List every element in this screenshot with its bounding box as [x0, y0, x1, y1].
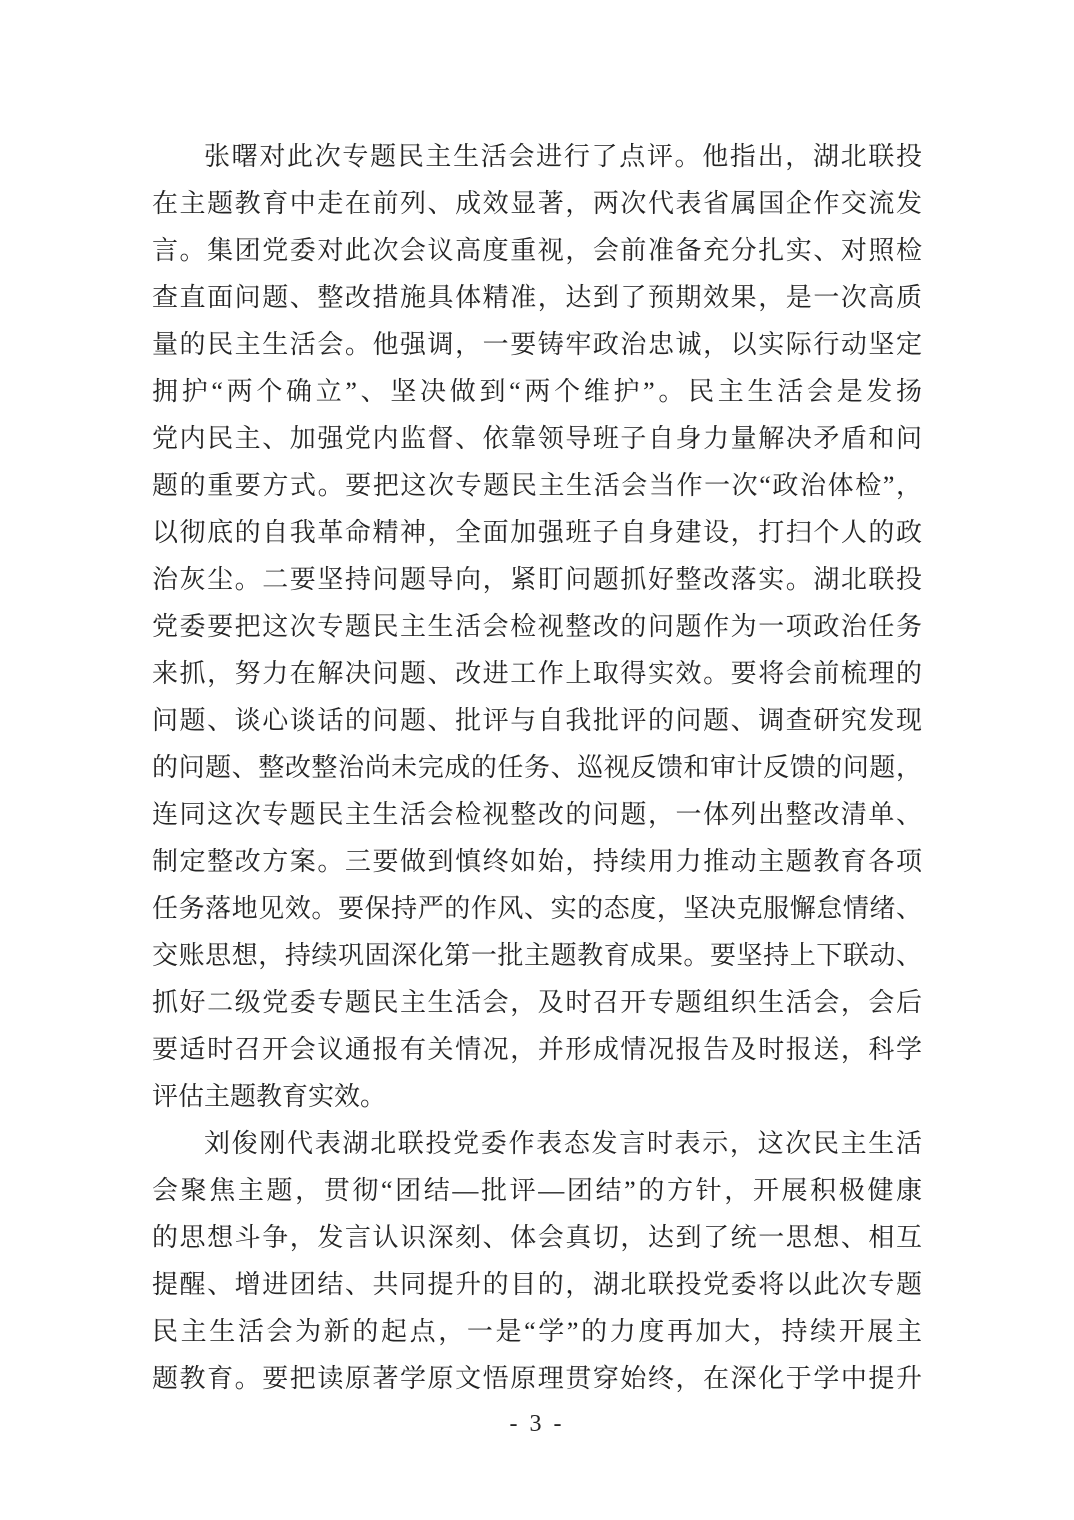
- page-number: - 3 -: [510, 1411, 565, 1437]
- text-line: 提醒、增进团结、共同提升的目的，湖北联投党委将以此次专题: [152, 1261, 922, 1308]
- text-line: 民主生活会为新的起点，一是“学”的力度再加大，持续开展主: [152, 1308, 922, 1355]
- text-line: 的思想斗争，发言认识深刻、体会真切，达到了统一思想、相互: [152, 1214, 922, 1261]
- text-line: 党内民主、加强党内监督、依靠领导班子自身力量解决矛盾和问: [152, 415, 922, 462]
- text-line: 题教育。要把读原著学原文悟原理贯穿始终，在深化于学中提升: [152, 1355, 922, 1402]
- text-line: 张曙对此次专题民主生活会进行了点评。他指出，湖北联投: [152, 133, 922, 180]
- paragraph: 刘俊刚代表湖北联投党委作表态发言时表示，这次民主生活会聚焦主题，贯彻“团结—批评…: [152, 1120, 922, 1402]
- text-line: 制定整改方案。三要做到慎终如始，持续用力推动主题教育各项: [152, 838, 922, 885]
- document-body: 张曙对此次专题民主生活会进行了点评。他指出，湖北联投在主题教育中走在前列、成效显…: [152, 133, 922, 1402]
- text-line: 的问题、整改整治尚未完成的任务、巡视反馈和审计反馈的问题，: [152, 744, 922, 791]
- text-line: 会聚焦主题，贯彻“团结—批评—团结”的方针，开展积极健康: [152, 1167, 922, 1214]
- text-line: 来抓，努力在解决问题、改进工作上取得实效。要将会前梳理的: [152, 650, 922, 697]
- text-line: 党委要把这次专题民主生活会检视整改的问题作为一项政治任务: [152, 603, 922, 650]
- text-line: 刘俊刚代表湖北联投党委作表态发言时表示，这次民主生活: [152, 1120, 922, 1167]
- document-page: 张曙对此次专题民主生活会进行了点评。他指出，湖北联投在主题教育中走在前列、成效显…: [0, 0, 1074, 1520]
- text-line: 任务落地见效。要保持严的作风、实的态度，坚决克服懈怠情绪、: [152, 885, 922, 932]
- page-footer: - 3 -: [0, 1410, 1074, 1438]
- text-line: 交账思想，持续巩固深化第一批主题教育成果。要坚持上下联动、: [152, 932, 922, 979]
- text-line: 题的重要方式。要把这次专题民主生活会当作一次“政治体检”，: [152, 462, 922, 509]
- text-line: 拥护“两个确立”、坚决做到“两个维护”。民主生活会是发扬: [152, 368, 922, 415]
- text-line: 治灰尘。二要坚持问题导向，紧盯问题抓好整改落实。湖北联投: [152, 556, 922, 603]
- text-line: 以彻底的自我革命精神，全面加强班子自身建设，打扫个人的政: [152, 509, 922, 556]
- paragraph: 张曙对此次专题民主生活会进行了点评。他指出，湖北联投在主题教育中走在前列、成效显…: [152, 133, 922, 1120]
- text-line: 连同这次专题民主生活会检视整改的问题，一体列出整改清单、: [152, 791, 922, 838]
- text-line: 在主题教育中走在前列、成效显著，两次代表省属国企作交流发: [152, 180, 922, 227]
- text-line: 评估主题教育实效。: [152, 1073, 922, 1120]
- text-line: 抓好二级党委专题民主生活会，及时召开专题组织生活会，会后: [152, 979, 922, 1026]
- text-line: 要适时召开会议通报有关情况，并形成情况报告及时报送，科学: [152, 1026, 922, 1073]
- text-line: 查直面问题、整改措施具体精准，达到了预期效果，是一次高质: [152, 274, 922, 321]
- text-line: 量的民主生活会。他强调，一要铸牢政治忠诚，以实际行动坚定: [152, 321, 922, 368]
- text-line: 言。集团党委对此次会议高度重视，会前准备充分扎实、对照检: [152, 227, 922, 274]
- text-line: 问题、谈心谈话的问题、批评与自我批评的问题、调查研究发现: [152, 697, 922, 744]
